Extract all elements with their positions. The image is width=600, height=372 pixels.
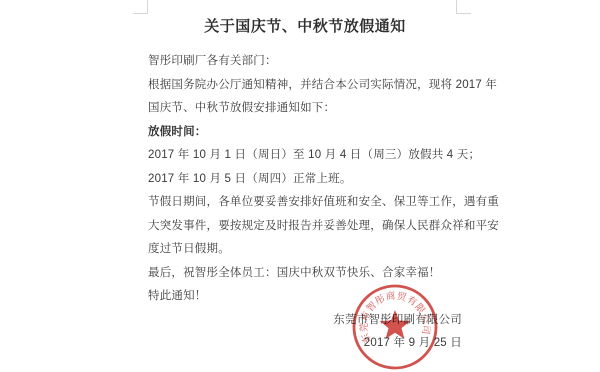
duty-notice-line-3: 度过节日假期。: [148, 238, 462, 262]
notice-document: 关于国庆节、中秋节放假通知 智彤印刷厂各有关部门： 根据国务院办公厅通知精神，并…: [0, 0, 600, 372]
intro-line-1: 根据国务院办公厅通知精神，并结合本公司实际情况，现将 2017 年: [148, 74, 462, 98]
intro-line-2: 国庆节、中秋节放假安排通知如下：: [148, 97, 462, 121]
notice-title: 关于国庆节、中秋节放假通知: [148, 15, 462, 36]
seal-star-icon: [380, 310, 410, 339]
duty-notice-line-2: 大突发事件，要按规定及时报告并妥善处理，确保人民群众祥和平安: [148, 215, 462, 239]
holiday-section-heading: 放假时间：: [148, 121, 462, 145]
holiday-dates-line: 2017 年 10 月 1 日（周日）至 10 月 4 日（周三）放假共 4 天…: [148, 144, 462, 168]
company-seal-stamp: 东莞市智彤商贸有限公司: [343, 279, 453, 372]
work-resume-line: 2017 年 10 月 5 日（周四）正常上班。: [148, 168, 462, 192]
text-boundary-mark-right: [456, 0, 471, 14]
salutation-line: 智彤印刷厂各有关部门：: [148, 50, 462, 74]
text-boundary-mark-left: [133, 0, 148, 14]
duty-notice-line-1: 节假日期间，各单位要妥善安排好值班和安全、保卫等工作，遇有重: [148, 191, 462, 215]
